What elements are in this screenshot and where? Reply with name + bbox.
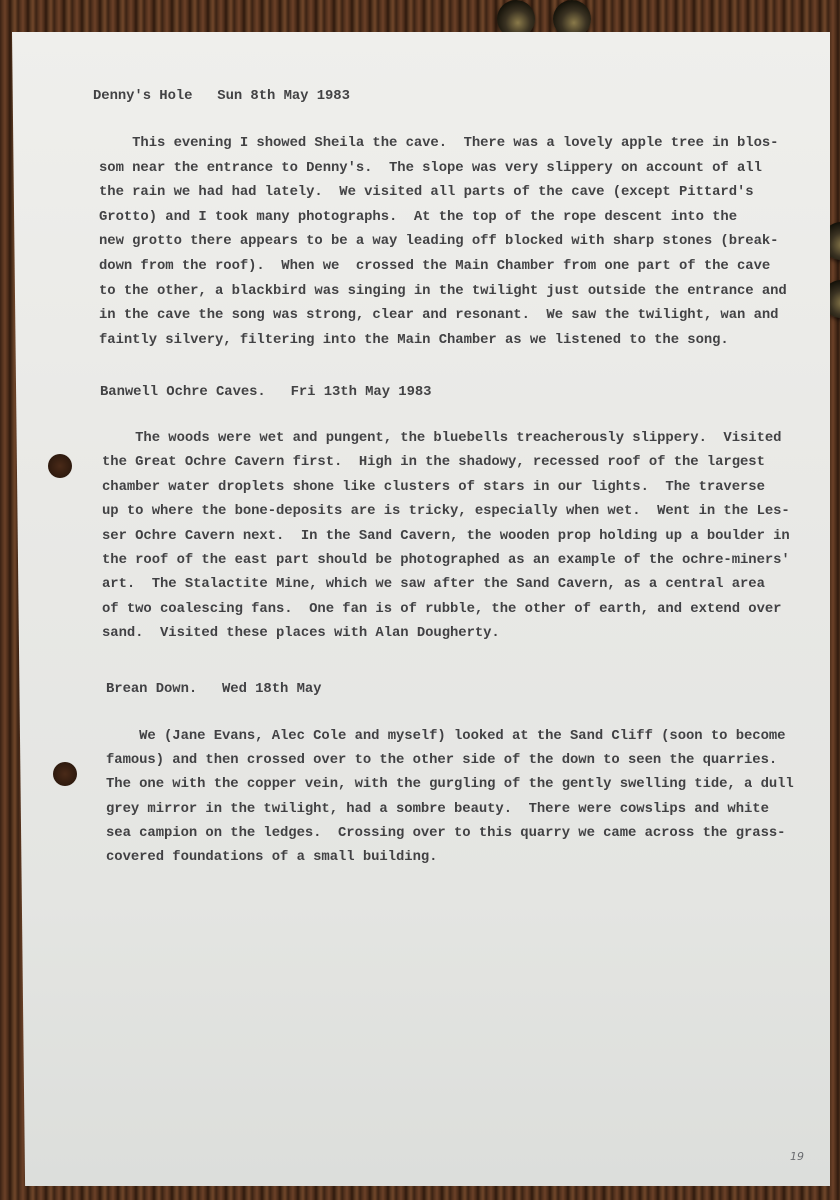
entry-heading: Banwell Ochre Caves. Fri 13th May 1983 [100, 384, 431, 400]
entry-line: Grotto) and I took many photographs. At … [99, 209, 737, 225]
entry-line: famous) and then crossed over to the oth… [106, 752, 777, 768]
entry-line: sea campion on the ledges. Crossing over… [106, 825, 785, 841]
entry-line: The one with the copper vein, with the g… [106, 776, 794, 792]
entry-line: in the cave the song was strong, clear a… [99, 307, 778, 323]
entry-line: to the other, a blackbird was singing in… [99, 283, 787, 299]
entry-line: down from the roof). When we crossed the… [99, 258, 770, 274]
entry-line: the rain we had had lately. We visited a… [99, 184, 754, 200]
entry-line: grey mirror in the twilight, had a sombr… [106, 801, 769, 817]
entry-line: up to where the bone-deposits are is tri… [102, 503, 790, 519]
entry-line: ser Ochre Cavern next. In the Sand Caver… [102, 528, 790, 544]
entry-line: We (Jane Evans, Alec Cole and myself) lo… [106, 728, 785, 744]
entry-line: This evening I showed Sheila the cave. T… [99, 135, 778, 151]
entry-line: new grotto there appears to be a way lea… [99, 233, 778, 249]
entry-line: chamber water droplets shone like cluste… [102, 479, 765, 495]
entry-heading: Brean Down. Wed 18th May [106, 681, 321, 697]
page-number: 19 [790, 1150, 804, 1163]
entry-line: The woods were wet and pungent, the blue… [102, 430, 781, 446]
entry-line: the roof of the east part should be phot… [102, 552, 790, 568]
entry-line: faintly silvery, filtering into the Main… [99, 332, 729, 348]
punch-hole [53, 762, 77, 786]
entry-line: the Great Ochre Cavern first. High in th… [102, 454, 765, 470]
entry-line: som near the entrance to Denny's. The sl… [99, 160, 762, 176]
entry-line: of two coalescing fans. One fan is of ru… [102, 601, 781, 617]
punch-hole [48, 454, 72, 478]
entry-heading: Denny's Hole Sun 8th May 1983 [93, 88, 350, 104]
entry-line: covered foundations of a small building. [106, 849, 437, 865]
entry-line: art. The Stalactite Mine, which we saw a… [102, 576, 765, 592]
entry-line: sand. Visited these places with Alan Dou… [102, 625, 500, 641]
